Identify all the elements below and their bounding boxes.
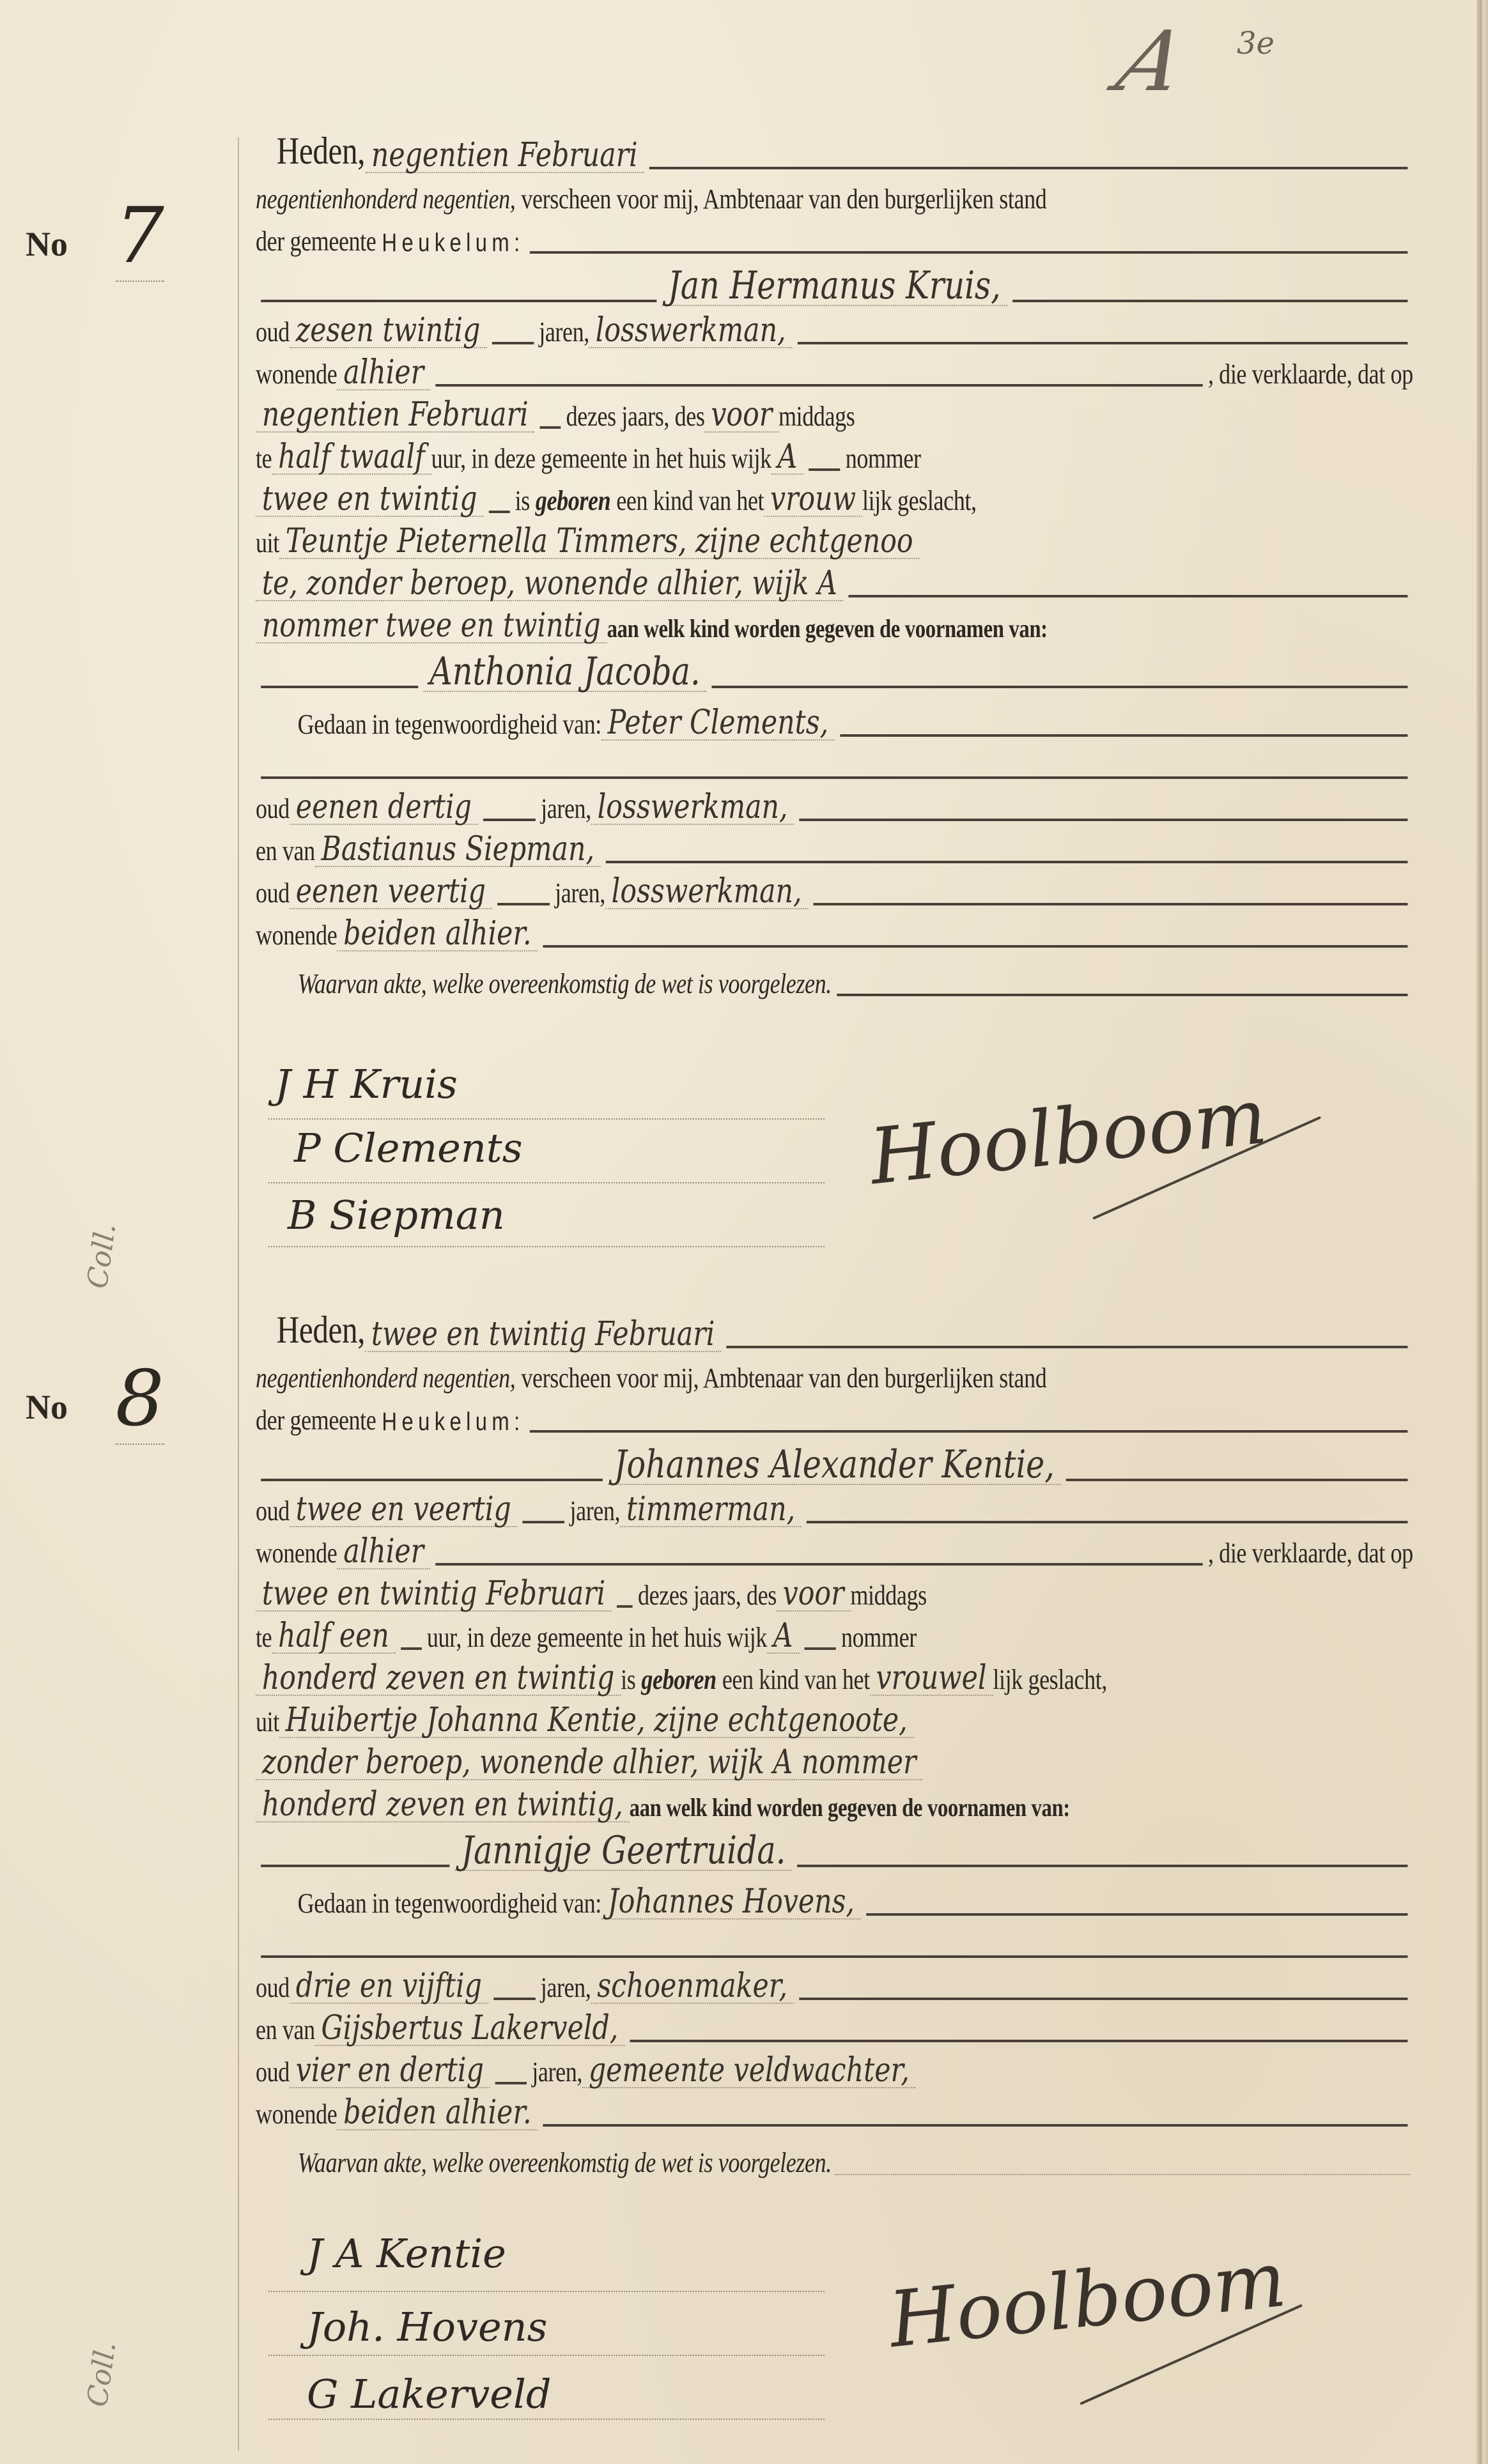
margin-note: Coll. [81, 1221, 123, 1290]
line-declarant-residence: wonende alhier , die verklaarde, dat op [256, 348, 1413, 390]
voor-na: voor [777, 1577, 851, 1612]
geslacht-label: lijk geslacht, [862, 484, 977, 517]
jaren-label: jaren, [539, 316, 589, 348]
witness1-name: Peter Clements, [601, 706, 835, 741]
uur-label: uur, in deze gemeente in het huis wijk [431, 442, 771, 475]
line-child-name: Jannigje Geertruida. [256, 1822, 1413, 1871]
line-gedaan: Gedaan in tegenwoordigheid van: Peter Cl… [256, 692, 1413, 741]
witnesses-residence: beiden alhier. [337, 917, 538, 951]
witness1-occupation: schoenmaker, [591, 1969, 793, 2004]
fill-line [261, 1479, 603, 1481]
witness2-occupation: losswerkman, [605, 875, 809, 909]
declarant-age: twee en veertig [290, 1493, 518, 1527]
signature-line [268, 1246, 825, 1247]
fill-line [261, 1955, 1407, 1958]
line-birth-time: te half een uur, in deze gemeente in het… [256, 1612, 1413, 1654]
line-heden: Heden, twee en twintig Februari [256, 1304, 1413, 1352]
uit-label: uit [256, 1706, 279, 1738]
signature-declarant: J A Kentie [307, 2230, 506, 2277]
fill-line [489, 511, 510, 513]
fill-line [530, 1430, 1408, 1433]
jaren-label: jaren, [541, 792, 591, 825]
line-blank [256, 1920, 1413, 1962]
line-witnesses-residence: wonende beiden alhier. [256, 2088, 1413, 2130]
fill-line [543, 2124, 1408, 2127]
waarvan-label: Waarvan akte, welke overeenkomstig de we… [298, 967, 832, 1000]
gemeente-label: der gemeente [256, 1404, 376, 1436]
act-number-8: No 8 [26, 1355, 164, 1444]
signature-line [268, 1118, 825, 1120]
line-witness1-age: oud drie en vijftig jaren, schoenmaker, [256, 1962, 1413, 2004]
kind-label: een kind van het [616, 484, 764, 517]
wonende-label: wonende [256, 919, 337, 951]
verklaarde-label: , die verklaarde, dat op [1208, 358, 1413, 390]
gemeente-name: Heukelum: [382, 229, 524, 258]
fill-line [805, 1647, 836, 1650]
gemeente-label: der gemeente [256, 225, 376, 258]
signatures-act-8: J A Kentie Joh. Hovens G Lakerveld Hoolb… [256, 2217, 1419, 2447]
fill-line [837, 994, 1407, 996]
line-waarvan: Waarvan akte, welke overeenkomstig de we… [256, 951, 1413, 1000]
fill-line [543, 945, 1408, 948]
oud-label: oud [256, 792, 290, 825]
fill-line [798, 342, 1408, 344]
declarant-residence: alhier [337, 1535, 430, 1569]
te-label: te [256, 1621, 272, 1654]
act-number-7: No 7 [26, 192, 164, 281]
declarant-occupation: timmerman, [620, 1493, 802, 1527]
nommer-label: nommer [846, 442, 921, 475]
fill-line [495, 2082, 527, 2084]
mother-line-3: nommer twee en twintig [256, 609, 607, 643]
fill-line [799, 1998, 1407, 2000]
year-rest: verscheen voor mij, Ambtenaar van den bu… [521, 183, 1046, 215]
dezes-label: dezes jaars, des [638, 1579, 777, 1612]
fill-line [712, 686, 1408, 688]
birth-time: half twaalf [272, 440, 431, 475]
line-birth-date: negentien Februari dezes jaars, des voor… [256, 390, 1413, 433]
fill-line [814, 903, 1408, 905]
oud-label: oud [256, 1495, 290, 1527]
fill-line [492, 342, 534, 344]
child-name: Anthonia Jacoba. [423, 652, 706, 692]
fill-line [540, 426, 561, 429]
birth-date: twee en twintig Februari [256, 1577, 612, 1612]
act-date: negentien Februari [365, 139, 644, 173]
fill-line [483, 819, 536, 821]
declarant-occupation: losswerkman, [589, 314, 793, 348]
page-edge [1476, 0, 1488, 2464]
en-van-label: en van [256, 2014, 315, 2046]
fill-line [630, 2040, 1407, 2042]
line-mother-2: zonder beroep, wonende alhier, wijk A no… [256, 1738, 1413, 1780]
birth-act-7: Heden, negentien Februari negentienhonde… [256, 125, 1413, 1000]
line-declarant: Johannes Alexander Kentie, [256, 1436, 1413, 1485]
signature-line [268, 2419, 825, 2420]
fill-line [809, 468, 840, 471]
middags-label: middags [779, 400, 855, 433]
birth-date: negentien Februari [256, 398, 534, 433]
te-label: te [256, 442, 272, 475]
fill-line [840, 734, 1407, 737]
fill-line [797, 1865, 1407, 1867]
line-blank [256, 741, 1413, 783]
fill-line [1012, 300, 1408, 302]
line-witness2: en van Gijsbertus Lakerveld, [256, 2004, 1413, 2046]
mother-line-2: te, zonder beroep, wonende alhier, wijk … [256, 567, 844, 601]
line-mother-1: uit Teuntje Pieternella Timmers, zijne e… [256, 517, 1413, 559]
signature-witness-2: G Lakerveld [307, 2371, 552, 2417]
verklaarde-label: , die verklaarde, dat op [1208, 1537, 1413, 1569]
gender: vrouwel [870, 1661, 993, 1696]
fill-line [800, 819, 1408, 821]
is-label: is [515, 484, 530, 517]
oud-label: oud [256, 1971, 290, 2004]
fill-line [530, 251, 1408, 254]
fill-line [1066, 1479, 1408, 1481]
nommer-label: nommer [841, 1621, 917, 1654]
line-year: negentienhonderd negentien, verscheen vo… [256, 173, 1413, 215]
line-witnesses-residence: wonende beiden alhier. [256, 909, 1413, 951]
corner-sub-mark: 3e [1237, 26, 1275, 61]
house-number: honderd zeven en twintig [256, 1661, 621, 1696]
fill-line [261, 300, 656, 302]
signature-line [268, 2355, 825, 2356]
waarvan-label: Waarvan akte, welke overeenkomstig de we… [298, 2146, 832, 2179]
jaren-label: jaren, [555, 877, 605, 909]
line-waarvan: Waarvan akte, welke overeenkomstig de we… [256, 2130, 1413, 2179]
fill-line [523, 1521, 565, 1523]
witness1-occupation: losswerkman, [591, 790, 794, 825]
fill-line [726, 1346, 1407, 1348]
fill-line [401, 1647, 422, 1650]
margin-note: Coll. [81, 2339, 123, 2408]
voor-na: voor [704, 398, 779, 433]
fill-line [493, 1998, 536, 2000]
act-number-value: 7 [116, 192, 164, 282]
geslacht-label: lijk geslacht, [993, 1663, 1107, 1696]
line-mother-2: te, zonder beroep, wonende alhier, wijk … [256, 559, 1413, 601]
mother-line-1: Teuntje Pieternella Timmers, zijne echtg… [279, 525, 920, 559]
line-year: negentienhonderd negentien, verscheen vo… [256, 1352, 1413, 1394]
fill-line [606, 861, 1407, 863]
act-number-label: No [26, 1388, 68, 1426]
signature-official: Hoolboom [885, 2235, 1290, 2365]
fill-line [807, 1521, 1407, 1523]
fill-line [617, 1605, 633, 1608]
witness1-age: eenen dertig [290, 790, 478, 825]
jaren-label: jaren, [570, 1495, 620, 1527]
line-declarant-age: oud twee en veertig jaren, timmerman, [256, 1485, 1413, 1527]
fill-line [835, 2174, 1410, 2175]
uur-label: uur, in deze gemeente in het huis wijk [427, 1621, 767, 1654]
gedaan-label: Gedaan in tegenwoordigheid van: [298, 1887, 601, 1920]
signature-witness-1: P Clements [294, 1125, 523, 1171]
signatures-act-7: J H Kruis P Clements B Siepman Hoolboom [256, 1054, 1419, 1284]
witness2-occupation: gemeente veldwachter, [582, 2054, 916, 2088]
fill-line [849, 595, 1408, 597]
margin-rule [238, 137, 239, 2451]
house-number: twee en twintig [256, 482, 483, 517]
line-witness2: en van Bastianus Siepman, [256, 825, 1413, 867]
year-rest: verscheen voor mij, Ambtenaar van den bu… [521, 1362, 1046, 1394]
fill-line [435, 384, 1203, 387]
line-gemeente: der gemeente Heukelum: [256, 215, 1413, 258]
mother-line-3: honderd zeven en twintig, [256, 1788, 630, 1822]
fill-line [497, 903, 550, 905]
fill-line [261, 686, 418, 688]
line-heden: Heden, negentien Februari [256, 125, 1413, 173]
year-label: negentienhonderd negentien, [256, 1362, 515, 1394]
witness2-age: eenen veertig [290, 875, 492, 909]
heden-label: Heden, [277, 129, 365, 173]
oud-label: oud [256, 2056, 290, 2088]
signature-declarant: J H Kruis [275, 1061, 458, 1107]
fill-line [649, 167, 1408, 169]
corner-mark: A [1106, 13, 1197, 110]
line-witness2-age: oud vier en dertig jaren, gemeente veldw… [256, 2046, 1413, 2088]
mother-line-2: zonder beroep, wonende alhier, wijk A no… [256, 1746, 922, 1780]
gemeente-name: Heukelum: [382, 1408, 524, 1436]
witness2-name: Gijsbertus Lakerveld, [315, 2012, 624, 2046]
fill-line [261, 776, 1407, 779]
oud-label: oud [256, 316, 290, 348]
signature-witness-2: B Siepman [288, 1192, 505, 1238]
witness1-age: drie en vijftig [290, 1969, 488, 2004]
line-declarant-residence: wonende alhier , die verklaarde, dat op [256, 1527, 1413, 1569]
oud-label: oud [256, 877, 290, 909]
line-mother-3: honderd zeven en twintig, aan welk kind … [256, 1780, 1413, 1822]
act-number-value: 8 [116, 1355, 164, 1445]
wonende-label: wonende [256, 358, 337, 390]
act-number-label: No [26, 225, 68, 263]
witness2-name: Bastianus Siepman, [315, 833, 601, 867]
line-born: twee en twintig is geboren een kind van … [256, 475, 1413, 517]
line-witness2-age: oud eenen veertig jaren, losswerkman, [256, 867, 1413, 909]
middags-label: middags [850, 1579, 926, 1612]
witness2-age: vier en dertig [290, 2054, 490, 2088]
line-born: honderd zeven en twintig is geboren een … [256, 1654, 1413, 1696]
witnesses-residence: beiden alhier. [337, 2096, 538, 2130]
kind-gegeven-label: aan welk kind worden gegeven de voorname… [607, 613, 1048, 643]
fill-line [435, 1563, 1203, 1566]
declarant-residence: alhier [337, 356, 430, 390]
birth-time: half een [272, 1619, 395, 1654]
kind-gegeven-label: aan welk kind worden gegeven de voorname… [630, 1792, 1070, 1822]
fill-line [866, 1913, 1407, 1916]
year-label: negentienhonderd negentien, [256, 183, 515, 215]
heden-label: Heden, [277, 1308, 365, 1352]
wijk: A [771, 440, 803, 475]
mother-line-1: Huibertje Johanna Kentie, zijne echtgeno… [279, 1704, 914, 1738]
jaren-label: jaren, [532, 2056, 582, 2088]
child-name: Jannigje Geertruida. [455, 1831, 793, 1871]
fill-line [261, 1865, 449, 1867]
signature-official: Hoolboom [865, 1072, 1271, 1202]
geboren-label: geboren [536, 484, 610, 517]
signature-line [268, 1182, 825, 1183]
line-child-name: Anthonia Jacoba. [256, 643, 1413, 692]
wonende-label: wonende [256, 2098, 337, 2130]
en-van-label: en van [256, 835, 315, 867]
jaren-label: jaren, [541, 1971, 591, 2004]
line-declarant: Jan Hermanus Kruis, [256, 258, 1413, 306]
birth-act-8: Heden, twee en twintig Februari negentie… [256, 1304, 1413, 2179]
gender: vrouw [764, 482, 862, 517]
geboren-label: geboren [641, 1663, 716, 1696]
dezes-label: dezes jaars, des [566, 400, 705, 433]
signature-line [268, 2291, 825, 2292]
kind-label: een kind van het [722, 1663, 870, 1696]
line-declarant-age: oud zesen twintig jaren, losswerkman, [256, 306, 1413, 348]
declarant-name: Jan Hermanus Kruis, [662, 266, 1007, 306]
uit-label: uit [256, 527, 279, 559]
line-mother-1: uit Huibertje Johanna Kentie, zijne echt… [256, 1696, 1413, 1738]
line-witness1-age: oud eenen dertig jaren, losswerkman, [256, 783, 1413, 825]
line-gedaan: Gedaan in tegenwoordigheid van: Johannes… [256, 1871, 1413, 1920]
wonende-label: wonende [256, 1537, 337, 1569]
gedaan-label: Gedaan in tegenwoordigheid van: [298, 708, 601, 741]
is-label: is [621, 1663, 635, 1696]
line-gemeente: der gemeente Heukelum: [256, 1394, 1413, 1436]
declarant-age: zesen twintig [290, 314, 486, 348]
wijk: A [767, 1619, 799, 1654]
act-date: twee en twintig Februari [365, 1318, 721, 1352]
witness1-name: Johannes Hovens, [601, 1885, 861, 1920]
line-birth-date: twee en twintig Februari dezes jaars, de… [256, 1569, 1413, 1612]
line-mother-3: nommer twee en twintig aan welk kind wor… [256, 601, 1413, 643]
declarant-name: Johannes Alexander Kentie, [608, 1445, 1061, 1485]
line-birth-time: te half twaalf uur, in deze gemeente in … [256, 433, 1413, 475]
signature-witness-1: Joh. Hovens [307, 2304, 547, 2350]
